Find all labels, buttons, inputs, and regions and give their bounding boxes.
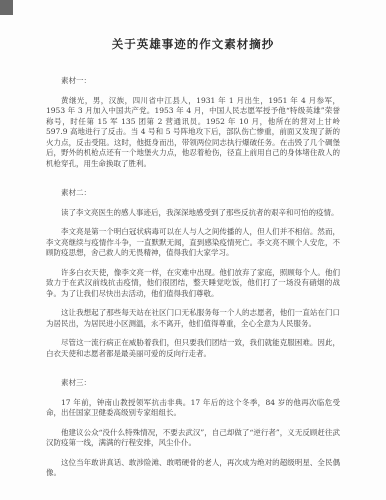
paragraph-unity: 尽管这一流行病正在威胁着我们，但只要我们团结一致，我们就能克服困难。因此，白衣天… (46, 338, 340, 359)
document-title: 关于英雄事迹的作文素材摘抄 (46, 36, 340, 52)
section-label-2: 素材二： (46, 188, 340, 199)
paragraph-huang-jiguang: 黄继光，男，汉族，四川省中江县人，1931 年 1 月出生，1951 年 4 月… (46, 96, 340, 170)
paragraph-white-angels: 许多白衣天使，像李文亮一样，在灾难中出现。他们放弃了家庭，照顾每个人。他们致力于… (46, 268, 340, 300)
section-label-1: 素材一： (46, 76, 340, 87)
paragraph-li-wenliang-intro: 读了李文亮医生的感人事迹后，我深深地感受到了那些反抗者的艰辛和可怕的疫情。 (46, 208, 340, 219)
section-label-3: 素材三： (46, 378, 340, 389)
document-page: 关于英雄事迹的作文素材摘抄 素材一： 黄继光，男，汉族，四川省中江县人，1931… (0, 0, 386, 500)
paragraph-zhong-nanshan-advice: 他建议公众“没什么特殊情况，不要去武汉”，自己却做了“逆行者”，义无反顾赶往武汉… (46, 428, 340, 449)
paragraph-zhong-nanshan-intro: 17 年前，钟南山教授领军抗击非典。17 年后的这个冬季，84 岁的他再次临危受… (46, 398, 340, 419)
paragraph-volunteers: 这让我想起了那些每天站在社区门口无私服务每一个人的志愿者，他们一直站在门口为居民… (46, 308, 340, 329)
paragraph-zhong-nanshan-praise: 这位当年敢讲真话、敢涉险滩、敢啃硬骨的老人，再次成为绝对的超级明星、全民偶像。 (46, 458, 340, 479)
paragraph-li-wenliang-story: 李文亮是第一个明白冠状病毒可以在人与人之间传播的人，但人们并不相信。然而，李文亮… (46, 227, 340, 259)
document-content: 关于英雄事迹的作文素材摘抄 素材一： 黄继光，男，汉族，四川省中江县人，1931… (0, 0, 386, 479)
